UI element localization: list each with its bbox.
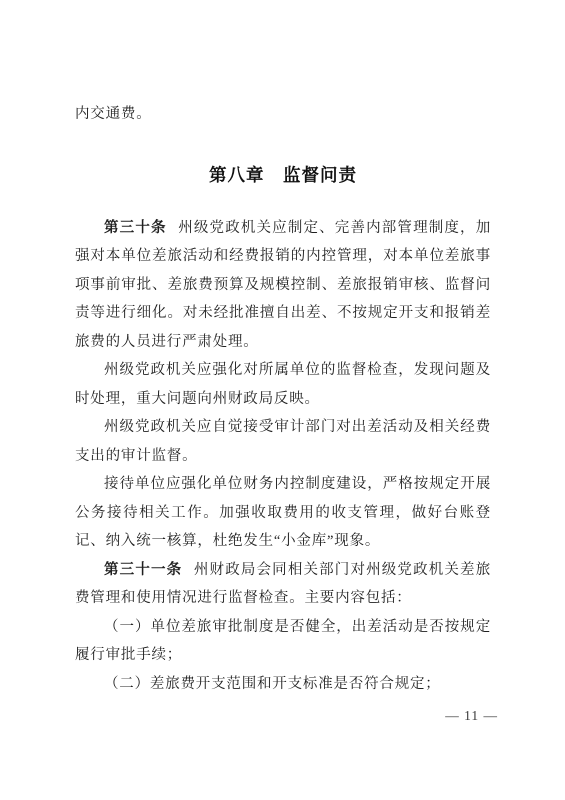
paragraph-text: 接待单位应强化单位财务内控制度建设，严格按规定开展公务接待相关工作。加强收取费用… — [75, 476, 491, 549]
paragraph-text: 州级党政机关应自觉接受审计部门对出差活动及相关经费支出的审计监督。 — [75, 419, 491, 464]
paragraph-item-1: （一）单位差旅审批制度是否健全，出差活动是否按规定履行审批手续； — [75, 613, 491, 670]
paragraph-item-2: （二）差旅费开支范围和开支标准是否符合规定； — [75, 670, 491, 699]
paragraph-text: 州级党政机关应制定、完善内部管理制度，加强对本单位差旅活动和经费报销的内控管理，… — [75, 220, 491, 350]
paragraph-reception-unit: 接待单位应强化单位财务内控制度建设，严格按规定开展公务接待相关工作。加强收取费用… — [75, 470, 491, 556]
article-30-number: 第三十条 — [104, 220, 167, 236]
chapter-heading: 第八章 监督问责 — [75, 163, 491, 187]
paragraph-text: （一）单位差旅审批制度是否健全，出差活动是否按规定履行审批手续； — [75, 619, 491, 664]
paragraph-text: 州级党政机关应强化对所属单位的监督检查，发现问题及时处理，重大问题向州财政局反映… — [75, 362, 491, 407]
paragraph-text: （二）差旅费开支范围和开支标准是否符合规定； — [104, 676, 441, 692]
paragraph-supervision-check: 州级党政机关应强化对所属单位的监督检查，发现问题及时处理，重大问题向州财政局反映… — [75, 356, 491, 413]
document-body: 第三十条州级党政机关应制定、完善内部管理制度，加强对本单位差旅活动和经费报销的内… — [75, 214, 491, 699]
paragraph-audit-supervision: 州级党政机关应自觉接受审计部门对出差活动及相关经费支出的审计监督。 — [75, 413, 491, 470]
document-content: 内交通费。 第八章 监督问责 第三十条州级党政机关应制定、完善内部管理制度，加强… — [0, 0, 565, 726]
paragraph-article-30: 第三十条州级党政机关应制定、完善内部管理制度，加强对本单位差旅活动和经费报销的内… — [75, 214, 491, 357]
paragraph-article-31: 第三十一条州财政局会同相关部门对州级党政机关差旅费管理和使用情况进行监督检查。主… — [75, 556, 491, 613]
page-number: — 11 — — [75, 706, 498, 726]
article-31-number: 第三十一条 — [104, 562, 182, 578]
document-page: 内交通费。 第八章 监督问责 第三十条州级党政机关应制定、完善内部管理制度，加强… — [0, 0, 565, 800]
carryover-line: 内交通费。 — [75, 100, 491, 129]
